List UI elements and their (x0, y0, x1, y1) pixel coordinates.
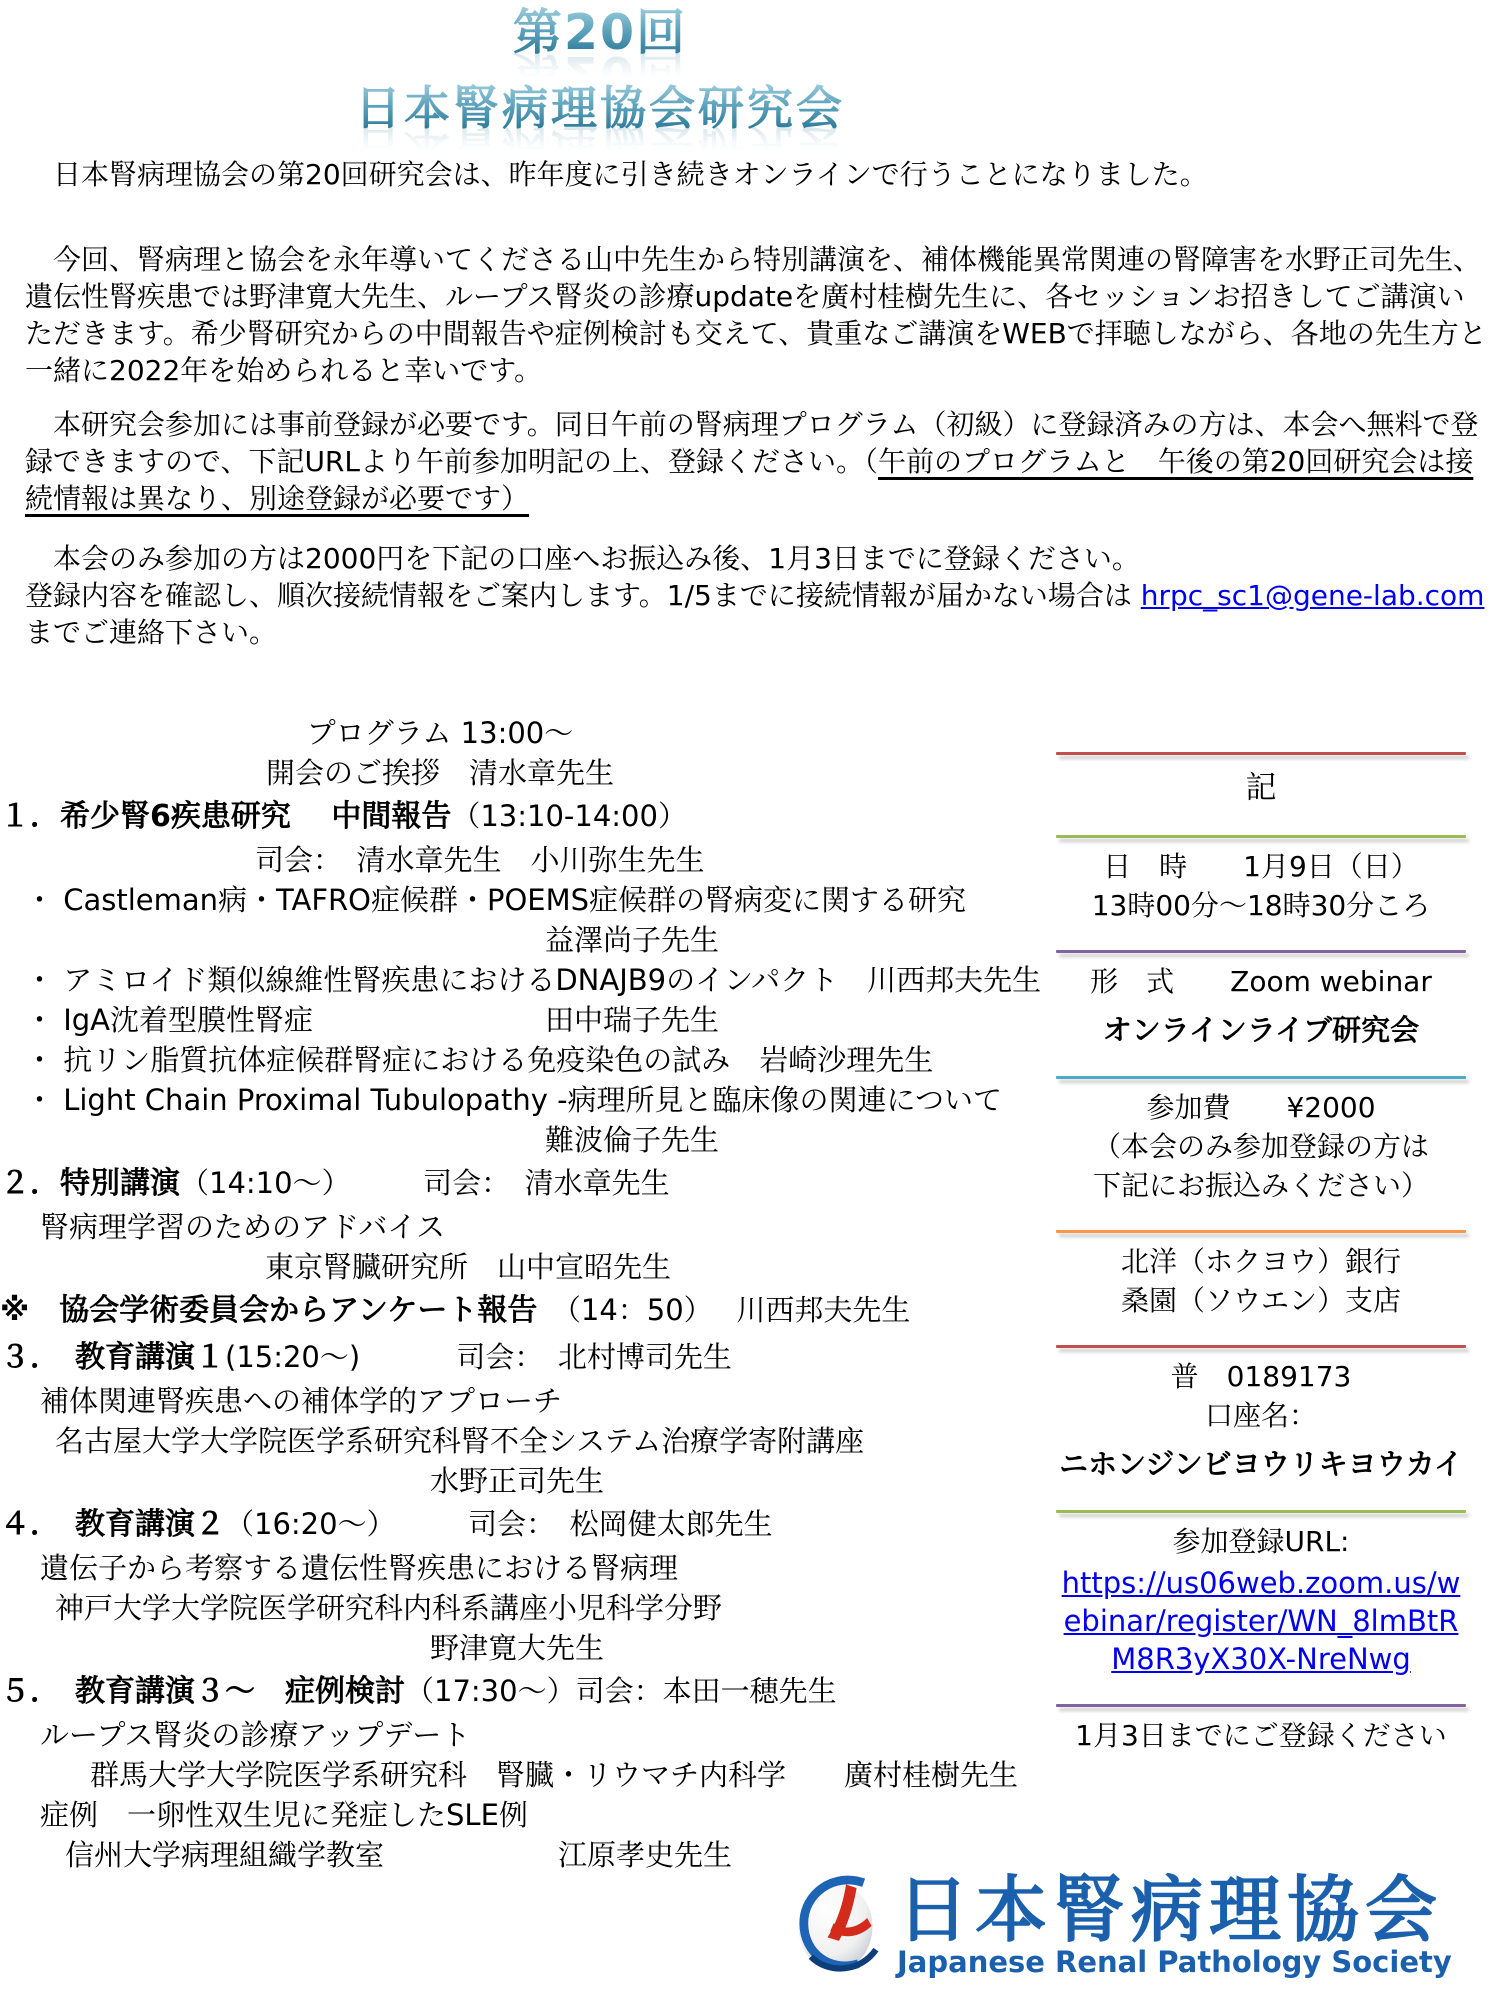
program-text: （17:30～）司会：本田一穂先生 (405, 1674, 837, 1708)
program-text: ・ IgA沈着型膜性腎症 田中瑞子先生 (25, 1003, 719, 1037)
program-line: 益澤尚子先生 (0, 920, 880, 960)
paragraph-speakers: 今回、腎病理と協会を永年導いてくださる山中先生から特別講演を、補体機能異常関連の… (25, 241, 1487, 389)
title-block: 第20回 第20回 日本腎病理協会研究会 日本腎病理協会研究会 (0, 4, 1200, 174)
program-line: ２．特別講演（14:10～） 司会： 清水章先生 (0, 1160, 880, 1207)
program-line: 東京腎臓研究所 山中宣昭先生 (0, 1247, 880, 1287)
sidebar-text: ニホンジンビヨウリキヨウカイ (1056, 1444, 1466, 1484)
sidebar-text: 記 (1056, 767, 1466, 809)
program-text: ・ Castleman病・TAFRO症候群・POEMS症候群の腎病変に関する研究 (25, 883, 966, 917)
program-line: ・ IgA沈着型膜性腎症 田中瑞子先生 (0, 1000, 880, 1040)
program-text: 益澤尚子先生 (545, 923, 719, 957)
program-text: 補体関連腎疾患への補体学的アプローチ (40, 1384, 562, 1418)
separator-rule (1056, 950, 1466, 953)
program-heading-text: １．希少腎6疾患研究 中間報告 (0, 799, 451, 834)
program-text: ・ アミロイド類似線維性腎疾患におけるDNAJB9のインパクト 川西邦夫先生 (25, 963, 1041, 997)
program-text: 司会： 清水章先生 小川弥生先生 (255, 843, 705, 877)
logo-en-text: Japanese Renal Pathology Society (897, 1946, 1452, 1978)
program-text: （13:10-14:00） (451, 799, 687, 833)
program-line: 神戸大学大学院医学研究科内科系講座小児科学分野 (0, 1588, 880, 1628)
separator-rule (1056, 1704, 1466, 1707)
sidebar-text: 日 時 1月9日（日） (1056, 848, 1466, 885)
separator-rule (1056, 1345, 1466, 1348)
intro-section: 日本腎病理協会の第20回研究会は、昨年度に引き続きオンラインで行うことになりまし… (25, 156, 1487, 651)
program-heading-text: ※ 協会学術委員会からアンケート報告 (0, 1293, 537, 1328)
program-text: 水野正司先生 (430, 1464, 604, 1498)
program-text: 腎病理学習のためのアドバイス (40, 1210, 445, 1244)
program-line: 遺伝子から考察する遺伝性腎疾患における腎病理 (0, 1548, 880, 1588)
program-line: 信州大学病理組織学教室 江原孝史先生 (0, 1835, 880, 1875)
program-text: 名古屋大学大学院医学系研究科腎不全システム治療学寄附講座 (55, 1424, 864, 1458)
program-text: ・ 抗リン脂質抗体症候群腎症における免疫染色の試み 岩崎沙理先生 (25, 1043, 933, 1077)
jrps-logo: 日本腎病理協会 Japanese Renal Pathology Society (795, 1870, 1452, 1980)
program-line: ５． 教育講演３～ 症例検討（17:30～）司会：本田一穂先生 (0, 1668, 880, 1715)
sidebar-text: 参加登録URL: (1056, 1523, 1466, 1560)
info-sidebar: 記日 時 1月9日（日）13時00分～18時30分ころ形 式 Zoom webi… (1056, 752, 1466, 1754)
program-text: 難波倫子先生 (545, 1123, 719, 1157)
sidebar-text: 普 0189173 (1056, 1358, 1466, 1395)
jrps-logo-icon (795, 1870, 883, 1980)
program-heading-text: ３． 教育講演１ (0, 1340, 225, 1375)
paragraph-contact: 登録内容を確認し、順次接続情報をご案内します。1/5までに接続情報が届かない場合… (25, 577, 1487, 651)
program-text: 群馬大学大学院医学系研究科 腎臓・リウマチ内科学 廣村桂樹先生 (90, 1758, 1018, 1792)
program-text: 東京腎臓研究所 山中宣昭先生 (265, 1250, 671, 1284)
program-text: （14:10～） 司会： 清水章先生 (180, 1166, 670, 1200)
program-text: 遺伝子から考察する遺伝性腎疾患における腎病理 (40, 1551, 678, 1585)
sidebar-text: 形 式 Zoom webinar (1056, 963, 1466, 1000)
sidebar-text: 1月3日までにご登録ください (1056, 1717, 1466, 1754)
sidebar-text: （本会のみ参加登録の方は (1056, 1128, 1466, 1165)
paragraph-fee: 本会のみ参加の方は2000円を下記の口座へお振込み後、1月3日までに登録ください… (25, 540, 1487, 577)
program-text: ループス腎炎の診療アップデート (40, 1718, 470, 1752)
program-line: 開会のご挨拶 清水章先生 (0, 753, 880, 793)
contact-text-post: までご連絡下さい。 (25, 616, 277, 649)
program-line: 群馬大学大学院医学系研究科 腎臓・リウマチ内科学 廣村桂樹先生 (0, 1755, 880, 1795)
sidebar-text: 桑園（ソウエン）支店 (1056, 1282, 1466, 1319)
paragraph-registration: 本研究会参加には事前登録が必要です。同日午前の腎病理プログラム（初級）に登録済み… (25, 406, 1487, 517)
program-text: (15:20～) 司会： 北村博司先生 (225, 1340, 732, 1374)
program-text: ・ Light Chain Proximal Tubulopathy -病理所見… (25, 1083, 1002, 1117)
program-line: ・ 抗リン脂質抗体症候群腎症における免疫染色の試み 岩崎沙理先生 (0, 1040, 880, 1080)
program-text: プログラム 13:00～ (307, 716, 574, 750)
title-line1-reflection: 第20回 (0, 44, 1200, 102)
program-line: 腎病理学習のためのアドバイス (0, 1207, 880, 1247)
program-line: ループス腎炎の診療アップデート (0, 1715, 880, 1755)
sidebar-text: 13時00分～18時30分ころ (1056, 887, 1466, 924)
program-line: 名古屋大学大学院医学系研究科腎不全システム治療学寄附講座 (0, 1421, 880, 1461)
sidebar-text: 北洋（ホクヨウ）銀行 (1056, 1243, 1466, 1280)
sidebar-text: 参加費 ¥2000 (1056, 1089, 1466, 1126)
program-line: ※ 協会学術委員会からアンケート報告 （14：50） 川西邦夫先生 (0, 1287, 880, 1334)
page-root: { "title": { "line1": "第20回", "line2": "… (0, 0, 1500, 2000)
separator-rule (1056, 835, 1466, 838)
program-line: 司会： 清水章先生 小川弥生先生 (0, 840, 880, 880)
program-line: ４． 教育講演２（16:20～） 司会： 松岡健太郎先生 (0, 1501, 880, 1548)
email-link[interactable]: hrpc_sc1@gene-lab.com (1141, 579, 1485, 612)
separator-rule (1056, 1510, 1466, 1513)
program-line: ３． 教育講演１(15:20～) 司会： 北村博司先生 (0, 1334, 880, 1381)
separator-rule (1056, 1230, 1466, 1233)
separator-rule (1056, 752, 1466, 755)
program-heading-text: ５． 教育講演３～ 症例検討 (0, 1674, 405, 1709)
sidebar-text: 口座名： (1056, 1397, 1466, 1434)
program-line: 野津寛大先生 (0, 1628, 880, 1668)
program-section: プログラム 13:00～開会のご挨拶 清水章先生１．希少腎6疾患研究 中間報告（… (0, 713, 880, 1875)
program-text: （16:20～） 司会： 松岡健太郎先生 (225, 1507, 773, 1541)
program-text: （14：50） 川西邦夫先生 (537, 1293, 910, 1327)
program-heading-text: ２．特別講演 (0, 1166, 180, 1201)
paragraph-online-announcement: 日本腎病理協会の第20回研究会は、昨年度に引き続きオンラインで行うことになりまし… (25, 156, 1487, 193)
program-text: 症例 一卵性双生児に発症したSLE例 (40, 1798, 528, 1832)
program-line: プログラム 13:00～ (0, 713, 880, 753)
program-line: ・ Castleman病・TAFRO症候群・POEMS症候群の腎病変に関する研究 (0, 880, 880, 920)
logo-jp-text: 日本腎病理協会 (897, 1870, 1452, 1950)
program-text: 野津寛大先生 (430, 1631, 604, 1665)
program-lines: プログラム 13:00～開会のご挨拶 清水章先生１．希少腎6疾患研究 中間報告（… (0, 713, 880, 1875)
program-line: 症例 一卵性双生児に発症したSLE例 (0, 1795, 880, 1835)
program-text: 神戸大学大学院医学研究科内科系講座小児科学分野 (55, 1591, 722, 1625)
program-line: 補体関連腎疾患への補体学的アプローチ (0, 1381, 880, 1421)
separator-rule (1056, 1076, 1466, 1079)
logo-text-block: 日本腎病理協会 Japanese Renal Pathology Society (897, 1870, 1452, 1978)
program-line: ・ Light Chain Proximal Tubulopathy -病理所見… (0, 1080, 880, 1120)
program-line: 難波倫子先生 (0, 1120, 880, 1160)
registration-url-link[interactable]: https://us06web.zoom.us/webinar/register… (1056, 1564, 1466, 1678)
program-text: 信州大学病理組織学教室 江原孝史先生 (65, 1838, 732, 1872)
contact-text-pre: 登録内容を確認し、順次接続情報をご案内します。1/5までに接続情報が届かない場合… (25, 579, 1141, 612)
program-text: 開会のご挨拶 清水章先生 (266, 756, 614, 790)
sidebar-text: オンラインライブ研究会 (1056, 1010, 1466, 1050)
program-line: 水野正司先生 (0, 1461, 880, 1501)
sidebar-text: 下記にお振込みください） (1056, 1167, 1466, 1204)
program-line: ・ アミロイド類似線維性腎疾患におけるDNAJB9のインパクト 川西邦夫先生 (0, 960, 880, 1000)
program-line: １．希少腎6疾患研究 中間報告（13:10-14:00） (0, 793, 880, 840)
program-heading-text: ４． 教育講演２ (0, 1507, 225, 1542)
